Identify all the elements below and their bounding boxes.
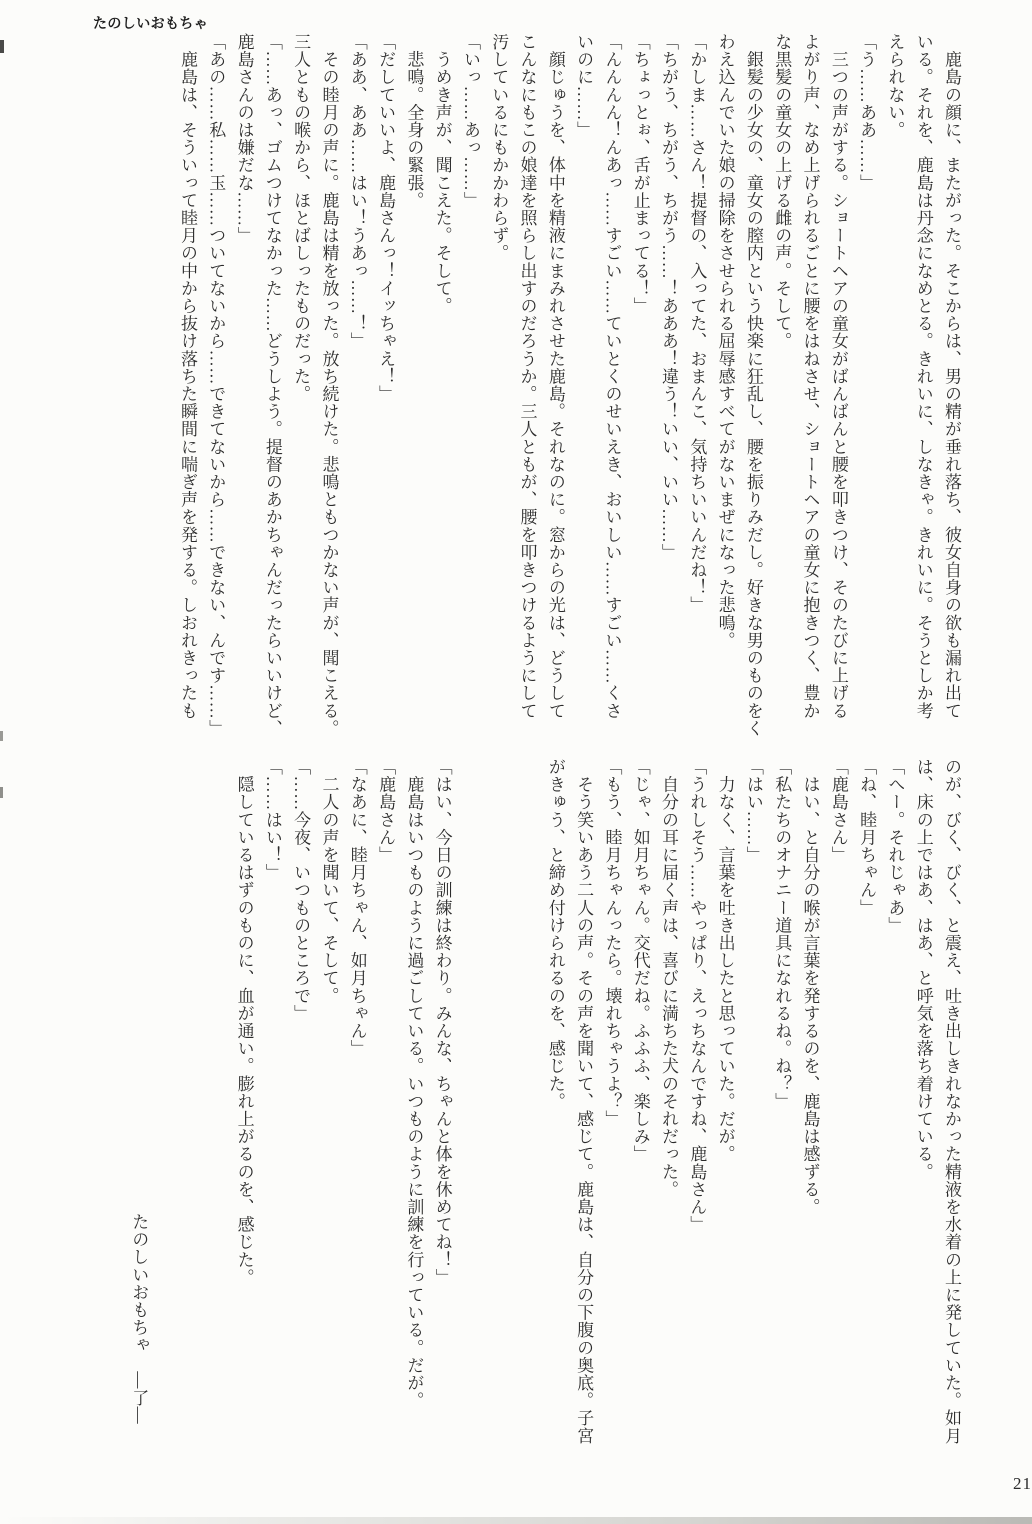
- scan-artifact-speck: [0, 787, 3, 798]
- text-column: 三つの声がする。ショートヘアの童女がばんばんと腰を叩きつけ、そのたびに上げる: [824, 33, 852, 749]
- story-text-upper-block: 鹿島の顔に、またがった。そこからは、男の精が垂れ落ち、彼女自身の欲も漏れ出ている…: [173, 33, 965, 749]
- text-column: 「鹿島さん」: [824, 758, 852, 1474]
- scan-artifact-speck: [0, 731, 3, 741]
- text-column: 自分の耳に届く声は、喜びに満ちた犬のそれだった。: [654, 758, 682, 1474]
- text-column: 「……はい！」: [258, 758, 286, 1474]
- text-column: 二人の声を聞いて、そして。: [314, 758, 342, 1474]
- running-header-title: たのしいおもちゃ: [93, 13, 208, 33]
- text-column: よがり声、なめ上げられるごとに腰をはねさせ、ショートヘアの童女に抱きつく、豊か: [795, 33, 823, 749]
- text-column: えられない。: [880, 33, 908, 749]
- text-column: 「かしま……さん！提督の、入ってた、おまんこ、気持ちいいんだね！」: [682, 33, 710, 749]
- text-column: 「私たちのオナニー道具になれるね。ね？」: [767, 758, 795, 1474]
- text-column: 「……今夜、いつものところで」: [286, 758, 314, 1474]
- text-column: いのに……」: [569, 33, 597, 749]
- blank-column: [512, 758, 540, 1474]
- text-column: わえ込んでいた娘の掃除をさせられる屈辱感すべてがないまぜになった悲鳴。: [710, 33, 738, 749]
- text-column: 隠しているはずのものに、血が通い。膨れ上がるのを、感じた。: [229, 758, 257, 1474]
- text-column: 「なあに、睦月ちゃん、如月ちゃん」: [342, 758, 370, 1474]
- text-column: 「だしていいよ、鹿島さんっ！イッちゃえ！」: [371, 33, 399, 749]
- blank-column: [484, 758, 512, 1474]
- text-column: 鹿島は、そういって睦月の中から抜け落ちた瞬間に喘ぎ声を発する。しおれきったも: [173, 33, 201, 749]
- text-column: 力なく、言葉を吐き出したと思っていた。だが。: [710, 758, 738, 1474]
- text-column: そう笑いあう二人の声。その声を聞いて、感じて。鹿島は、自分の下腹の奥底。子宮: [569, 758, 597, 1474]
- text-column: 「ちょっとぉ、舌が止まってる！」: [625, 33, 653, 749]
- text-column: 「へー。それじゃあ」: [880, 758, 908, 1474]
- text-column: 「あの……私……玉……ついてないから……できてないから……できない、んです……」: [201, 33, 229, 749]
- blank-column: [456, 758, 484, 1474]
- text-column: 「はい……」: [739, 758, 767, 1474]
- text-column: 鹿島さんのは嫌だな……」: [229, 33, 257, 749]
- text-column: その睦月の声に。鹿島は精を放った。放ち続けた。悲鳴ともつかない声が、聞こえる。: [314, 33, 342, 749]
- text-column: 「はい、今日の訓練は終わり。みんな、ちゃんと体を休めてね！」: [427, 758, 455, 1474]
- text-column: はい、と自分の喉が言葉を発するのを、鹿島は感ずる。: [795, 758, 823, 1474]
- text-column: 三人ともの喉から、ほとばしったものだった。: [286, 33, 314, 749]
- text-column: うめき声が、聞こえた。そして。: [427, 33, 455, 749]
- text-column: 「んんんん！んあっ……すごい……ていとくのせいえき、おいしい……すごい……くさ: [597, 33, 625, 749]
- blank-column: [201, 758, 229, 1474]
- text-column: 銀髪の少女の、童女の膣内という快楽に狂乱し、腰を振りみだし。好きな男のものをく: [739, 33, 767, 749]
- text-column: 「うれしそう……やっぱり、えっちなんですね、鹿島さん」: [682, 758, 710, 1474]
- story-text-lower-block: のが、びく、びく、と震え、吐き出しきれなかった精液を水着の上に発していた。如月は…: [144, 758, 965, 1474]
- text-column: は、床の上ではあ、はあ、と呼気を落ち着けている。: [908, 758, 936, 1474]
- text-column: 鹿島はいつものように過ごしている。いつものように訓練を行っている。だが。: [399, 758, 427, 1474]
- text-column: 「もう、睦月ちゃんったら。壊れちゃうよ？」: [597, 758, 625, 1474]
- text-column: がきゅう、と締め付けられるのを、感じた。: [541, 758, 569, 1474]
- scanned-novel-page: たのしいおもちゃ 鹿島の顔に、またがった。そこからは、男の精が垂れ落ち、彼女自身…: [0, 0, 1032, 1524]
- text-column: 「ね、睦月ちゃん」: [852, 758, 880, 1474]
- text-column: 「鹿島さん」: [371, 758, 399, 1474]
- blank-column: [173, 758, 201, 1474]
- text-column: 「ああ、ああ……はい！うあっ……！」: [342, 33, 370, 749]
- text-column: 顔じゅうを、体中を精液にまみれさせた鹿島。それなのに。窓からの光は、どうして: [541, 33, 569, 749]
- text-column: のが、びく、びく、と震え、吐き出しきれなかった精液を水着の上に発していた。如月: [937, 758, 965, 1474]
- text-column: 悲鳴。全身の緊張。: [399, 33, 427, 749]
- text-column: 「いっ……あっ……」: [456, 33, 484, 749]
- text-column: いる。それを、鹿島は丹念になめとる。きれいに、しなきゃ。きれいに。そうとしか考: [908, 33, 936, 749]
- scan-artifact-speck: [0, 40, 4, 53]
- text-column: こんなにもこの娘達を照らし出すのだろうか。三人ともが、腰を叩きつけるようにして: [512, 33, 540, 749]
- text-column: 「……あっ、ゴムつけてなかった……どうしよう。提督のあかちゃんだったらいいけど、: [258, 33, 286, 749]
- text-column: な黒髪の童女の上げる雌の声。そして。: [767, 33, 795, 749]
- text-column: 汚しているにもかかわらず。: [484, 33, 512, 749]
- text-column: 「じゃ、如月ちゃん。交代だね。ふふふ、楽しみ」: [625, 758, 653, 1474]
- scan-edge-shadow: [0, 1517, 1032, 1524]
- story-ending-mark: たのしいおもちゃ ―了―: [124, 1213, 152, 1424]
- text-column: 鹿島の顔に、またがった。そこからは、男の精が垂れ落ち、彼女自身の欲も漏れ出て: [937, 33, 965, 749]
- page-number: 21: [1013, 1474, 1032, 1494]
- text-column: 「ちがう、ちがう、ちがう……！あああ！違う！いい、いい……」: [654, 33, 682, 749]
- text-column: 「う……ああ……」: [852, 33, 880, 749]
